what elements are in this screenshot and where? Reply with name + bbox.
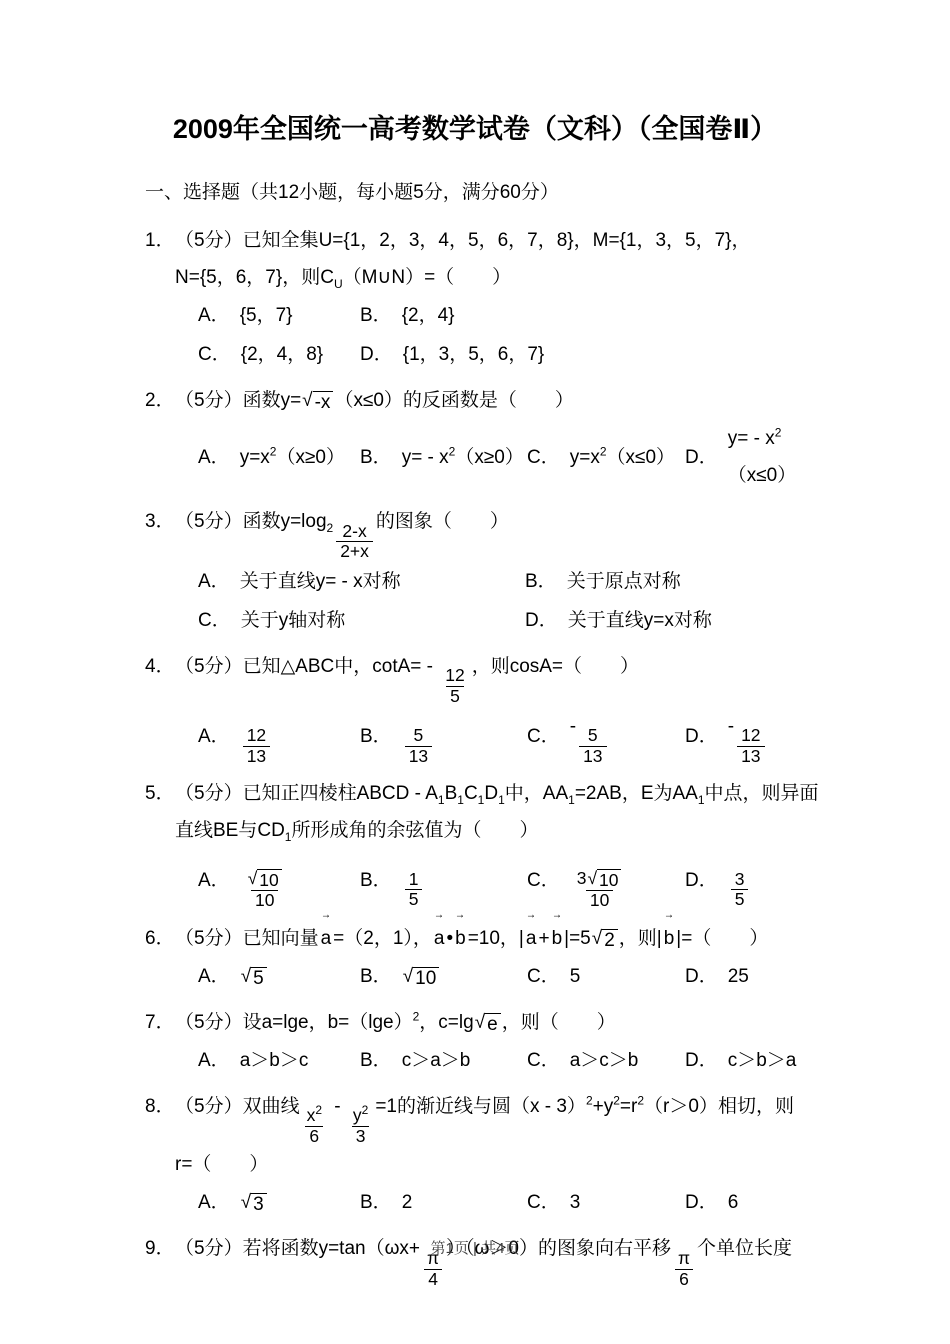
square-root: √10: [248, 869, 282, 890]
question-options: A．√1010B．15C．3√1010D．35: [175, 850, 830, 910]
stem-line: （5分）已知全集U={1，2，3，4，5，6，7，8}，M={1，3，5，7}，: [175, 222, 830, 259]
option-label: C．: [527, 1042, 560, 1079]
page-footer: 第1页 | 共4页: [0, 1237, 950, 1258]
vector-symbol: a: [321, 928, 332, 949]
radicand: -x: [313, 391, 334, 414]
option-label: C．: [527, 958, 560, 995]
radical-sign: √: [248, 869, 258, 887]
option-body: 35: [728, 851, 752, 910]
option-body: 关于直线y=x对称: [568, 602, 712, 639]
option-label: A．: [198, 862, 230, 899]
question-stem: （5分）已知向量→a=（2，1），→a•→b=10，|→a+→b|=5√2，则|…: [175, 920, 830, 957]
superscript: 2: [613, 1093, 620, 1107]
square-root: √10: [587, 869, 621, 890]
fraction-numerator: 3: [731, 870, 749, 890]
option-label: B．: [360, 297, 392, 334]
radicand: 2: [602, 929, 618, 952]
vector: →b: [664, 920, 675, 957]
option-body: 关于原点对称: [567, 563, 681, 600]
option-label: B．: [360, 1042, 392, 1079]
subscript: 1: [568, 793, 575, 807]
vector-arrow-icon: →: [526, 908, 536, 920]
option-body: y= - x2（x≥0）: [402, 439, 524, 476]
option-label: A．: [198, 958, 230, 995]
question-number: 7．: [145, 1004, 175, 1041]
square-root: √e: [475, 1013, 501, 1036]
option-body: 关于直线y= - x对称: [240, 563, 401, 600]
subscript: 1: [438, 793, 445, 807]
section-heading: 一、选择题（共12小题，每小题5分，满分60分）: [145, 180, 830, 206]
option-A: A．关于直线y= - x对称: [198, 563, 525, 600]
question-stem: （5分）已知△ABC中，cotA= - 125，则cosA=（ ）: [175, 648, 830, 707]
option-body: {5，7}: [240, 297, 293, 334]
fraction-numerator: 2-x: [338, 522, 370, 542]
option-B: B．√10: [360, 958, 527, 995]
question-number: 3．: [145, 503, 175, 540]
radicand: 5: [251, 967, 267, 990]
option-label: D．: [525, 602, 558, 639]
option-D: D．-1213: [685, 708, 830, 767]
exam-paper-page: 2009年全国统一高考数学试卷（文科）（全国卷Ⅱ） 一、选择题（共12小题，每小…: [0, 0, 950, 1344]
option-B: B．{2，4}: [360, 297, 830, 334]
option-label: A．: [198, 1042, 230, 1079]
radicand: 10: [413, 967, 439, 990]
option-body: 15: [402, 851, 426, 910]
stem-line: （5分）双曲线x26 - y23=1的渐近线与圆（x - 3）2+y2=r2（r…: [175, 1088, 830, 1147]
option-label: D．: [685, 958, 718, 995]
option-body: √5: [240, 958, 268, 995]
fraction-numerator: √10: [243, 869, 287, 890]
subscript: 1: [285, 830, 292, 844]
option-label: D．: [685, 862, 718, 899]
option-B: B．关于原点对称: [525, 563, 830, 600]
question-5: 5．（5分）已知正四棱柱ABCD - A1B1C1D1中，AA1=2AB，E为A…: [145, 775, 830, 910]
option-B: B．513: [360, 708, 527, 767]
fraction: 125: [441, 666, 468, 706]
radical-sign: √: [475, 1013, 485, 1033]
question-options: A．√5B．√10C．5D．25: [175, 958, 830, 995]
subscript: 1: [457, 793, 464, 807]
fraction-denominator: 10: [251, 890, 278, 911]
option-body: c＞b＞a: [728, 1042, 797, 1079]
fraction-numerator: 1: [405, 870, 423, 890]
superscript: 2: [600, 444, 607, 458]
question-options: A．a＞b＞cB．c＞a＞bC．a＞c＞bD．c＞b＞a: [175, 1042, 830, 1079]
option-body: 5: [570, 958, 581, 995]
option-C: C．关于y轴对称: [198, 602, 525, 639]
option-body: -513: [570, 708, 610, 767]
square-root: √5: [241, 967, 267, 990]
radical-sign: √: [302, 391, 312, 411]
fraction-denominator: 5: [405, 889, 423, 910]
fraction: 2-x2+x: [336, 522, 373, 562]
question-7: 7．（5分）设a=lge，b=（lge）2，c=lg√e，则（ ）A．a＞b＞c…: [145, 1004, 830, 1079]
option-body: -1213: [728, 708, 768, 767]
option-body: √10: [402, 958, 441, 995]
question-1: 1．（5分）已知全集U={1，2，3，4，5，6，7，8}，M={1，3，5，7…: [145, 222, 830, 373]
option-C: C．-513: [527, 708, 685, 767]
option-body: 1213: [240, 708, 273, 767]
option-label: A．: [198, 1184, 230, 1221]
vector-symbol: b: [552, 928, 563, 949]
option-label: D．: [685, 718, 718, 755]
vector: →b: [455, 920, 466, 957]
superscript: 2: [413, 1009, 420, 1023]
fraction-denominator: 13: [243, 746, 270, 767]
option-C: C．5: [527, 958, 685, 995]
radicand: 3: [251, 1193, 267, 1216]
question-number: 5．: [145, 775, 175, 812]
fraction-numerator: x2: [303, 1106, 326, 1126]
vector-arrow-icon: →: [321, 908, 331, 920]
superscript: 2: [362, 1103, 369, 1117]
stem-line: 直线BE与CD1所形成角的余弦值为（ ）: [175, 812, 830, 849]
stem-line: （5分）已知△ABC中，cotA= - 125，则cosA=（ ）: [175, 648, 830, 707]
superscript: 2: [586, 1093, 593, 1107]
vector-arrow-icon: →: [664, 908, 674, 920]
option-label: B．: [360, 439, 392, 476]
question-4: 4．（5分）已知△ABC中，cotA= - 125，则cosA=（ ）A．121…: [145, 648, 830, 767]
vector-symbol: b: [664, 928, 675, 949]
fraction: 15: [405, 870, 423, 910]
option-label: A．: [198, 439, 230, 476]
superscript: 2: [637, 1093, 644, 1107]
option-C: C．3√1010: [527, 850, 685, 910]
option-label: A．: [198, 297, 230, 334]
option-label: C．: [527, 439, 560, 476]
fraction-denominator: 3: [352, 1126, 370, 1147]
option-body: √1010: [240, 850, 290, 910]
question-stem: （5分）已知全集U={1，2，3，4，5，6，7，8}，M={1，3，5，7}，…: [175, 222, 830, 296]
fraction: x26: [303, 1106, 326, 1146]
vector: →a: [434, 920, 445, 957]
option-body: a＞c＞b: [570, 1042, 639, 1079]
fraction-numerator: 3√10: [573, 869, 627, 890]
question-number: 4．: [145, 648, 175, 685]
option-B: B．y= - x2（x≥0）: [360, 420, 527, 494]
option-B: B．2: [360, 1184, 527, 1221]
superscript: 2: [270, 444, 277, 458]
option-D: D．c＞b＞a: [685, 1042, 830, 1079]
option-C: C．3: [527, 1184, 685, 1221]
fraction: 35: [731, 870, 749, 910]
option-label: C．: [198, 336, 231, 373]
radicand: 10: [257, 869, 281, 890]
page-title: 2009年全国统一高考数学试卷（文科）（全国卷Ⅱ）: [40, 112, 910, 146]
fraction-numerator: 12: [243, 726, 270, 746]
question-number: 8．: [145, 1088, 175, 1125]
option-label: B．: [525, 563, 557, 600]
fraction: 513: [405, 726, 432, 766]
subscript: 2: [327, 521, 334, 535]
question-3: 3．（5分）函数y=log22-x2+x的图象（ ）A．关于直线y= - x对称…: [145, 503, 830, 639]
superscript: 2: [315, 1103, 322, 1117]
superscript: 2: [449, 444, 456, 458]
question-options: A．{5，7}B．{2，4}C．{2，4，8}D．{1，3，5，6，7}: [175, 297, 830, 373]
square-root: √-x: [302, 391, 333, 414]
question-8: 8．（5分）双曲线x26 - y23=1的渐近线与圆（x - 3）2+y2=r2…: [145, 1088, 830, 1222]
radical-sign: √: [587, 869, 597, 887]
square-root: √3: [241, 1193, 267, 1216]
option-body: y= - x2（x≤0）: [728, 420, 830, 494]
fraction-denominator: 5: [446, 686, 464, 707]
option-label: B．: [360, 718, 392, 755]
radicand: 10: [597, 869, 621, 890]
question-options: A．√3B．2C．3D．6: [175, 1184, 830, 1221]
fraction: 3√1010: [573, 869, 627, 911]
option-label: C．: [527, 862, 560, 899]
vector-symbol: b: [455, 928, 466, 949]
stem-line: （5分）函数y=√-x（x≤0）的反函数是（ ）: [175, 382, 830, 419]
fraction: √1010: [243, 869, 287, 911]
question-number: 2．: [145, 382, 175, 419]
option-C: C．{2，4，8}: [198, 336, 360, 373]
radical-sign: √: [241, 967, 251, 987]
fraction-denominator: 13: [737, 746, 764, 767]
square-root: √2: [592, 929, 618, 952]
option-body: 513: [402, 708, 435, 767]
question-options: A．关于直线y= - x对称B．关于原点对称C．关于y轴对称D．关于直线y=x对…: [175, 563, 830, 639]
option-label: D．: [685, 1042, 718, 1079]
question-stem: （5分）双曲线x26 - y23=1的渐近线与圆（x - 3）2+y2=r2（r…: [175, 1088, 830, 1184]
option-D: D．6: [685, 1184, 830, 1221]
fraction-numerator: y2: [349, 1106, 372, 1126]
question-number: 1．: [145, 222, 175, 259]
subscript: 1: [698, 793, 705, 807]
question-options: A．1213B．513C．-513D．-1213: [175, 708, 830, 767]
option-label: D．: [685, 439, 718, 476]
stem-line: （5分）已知向量→a=（2，1），→a•→b=10，|→a+→b|=5√2，则|…: [175, 920, 830, 957]
fraction-denominator: 10: [586, 890, 613, 911]
vector-arrow-icon: →: [434, 908, 444, 920]
vector: →a: [526, 920, 537, 957]
option-B: B．c＞a＞b: [360, 1042, 527, 1079]
question-2: 2．（5分）函数y=√-x（x≤0）的反函数是（ ）A．y=x2（x≥0）B．y…: [145, 382, 830, 494]
option-D: D．35: [685, 850, 830, 910]
option-label: C．: [198, 602, 231, 639]
stem-line: N={5，6，7}，则CU（M∪N）=（ ）: [175, 259, 830, 296]
fraction: y23: [349, 1106, 372, 1146]
option-label: A．: [198, 563, 230, 600]
fraction-numerator: 5: [584, 726, 602, 746]
fraction-numerator: 12: [737, 726, 764, 746]
option-D: D．关于直线y=x对称: [525, 602, 830, 639]
subscript: 1: [478, 793, 485, 807]
option-body: {2，4，8}: [241, 336, 323, 373]
option-label: B．: [360, 862, 392, 899]
radicand: e: [485, 1013, 501, 1036]
fraction-denominator: 5: [731, 889, 749, 910]
option-body: 3√1010: [570, 850, 630, 910]
question-stem: （5分）函数y=√-x（x≤0）的反函数是（ ）: [175, 382, 830, 419]
subscript: U: [334, 277, 343, 291]
option-body: 25: [728, 958, 749, 995]
square-root: √10: [403, 967, 440, 990]
option-A: A．1213: [198, 708, 360, 767]
question-6: 6．（5分）已知向量→a=（2，1），→a•→b=10，|→a+→b|=5√2，…: [145, 920, 830, 995]
stem-line: （5分）函数y=log22-x2+x的图象（ ）: [175, 503, 830, 562]
option-label: B．: [360, 958, 392, 995]
option-C: C．a＞c＞b: [527, 1042, 685, 1079]
option-A: A．y=x2（x≥0）: [198, 420, 360, 494]
option-body: {1，3，5，6，7}: [403, 336, 545, 373]
fraction-numerator: 12: [441, 666, 468, 686]
option-body: 关于y轴对称: [241, 602, 346, 639]
questions-list: 1．（5分）已知全集U={1，2，3，4，5，6，7，8}，M={1，3，5，7…: [145, 222, 830, 1289]
stem-line: r=（ ）: [175, 1146, 830, 1183]
stem-line: （5分）设a=lge，b=（lge）2，c=lg√e，则（ ）: [175, 1004, 830, 1041]
fraction: 1213: [243, 726, 270, 766]
vector-symbol: a: [434, 928, 445, 949]
fraction-denominator: 13: [579, 746, 606, 767]
option-D: D．{1，3，5，6，7}: [360, 336, 830, 373]
question-stem: （5分）函数y=log22-x2+x的图象（ ）: [175, 503, 830, 562]
option-B: B．15: [360, 850, 527, 910]
question-stem: （5分）设a=lge，b=（lge）2，c=lg√e，则（ ）: [175, 1004, 830, 1041]
option-body: 3: [570, 1184, 581, 1221]
radical-sign: √: [241, 1193, 251, 1213]
option-label: B．: [360, 1184, 392, 1221]
vector: →b: [552, 920, 563, 957]
option-D: D．y= - x2（x≤0）: [685, 420, 830, 494]
option-body: y=x2（x≥0）: [240, 439, 345, 476]
fraction-denominator: 6: [305, 1126, 323, 1147]
option-body: √3: [240, 1184, 268, 1221]
fraction-denominator: 4: [424, 1269, 442, 1290]
fraction-numerator: 5: [410, 726, 428, 746]
vector-symbol: a: [526, 928, 537, 949]
option-C: C．y=x2（x≤0）: [527, 420, 685, 494]
option-A: A．√5: [198, 958, 360, 995]
vector-arrow-icon: →: [455, 908, 465, 920]
option-A: A．a＞b＞c: [198, 1042, 360, 1079]
superscript: 2: [775, 426, 782, 440]
option-label: C．: [527, 718, 560, 755]
stem-line: （5分）已知正四棱柱ABCD - A1B1C1D1中，AA1=2AB，E为AA1…: [175, 775, 830, 812]
option-A: A．√1010: [198, 850, 360, 910]
option-body: y=x2（x≤0）: [570, 439, 675, 476]
vector-arrow-icon: →: [552, 908, 562, 920]
radical-sign: √: [592, 929, 602, 949]
fraction-denominator: 6: [675, 1269, 693, 1290]
option-D: D．25: [685, 958, 830, 995]
option-label: C．: [527, 1184, 560, 1221]
question-stem: （5分）已知正四棱柱ABCD - A1B1C1D1中，AA1=2AB，E为AA1…: [175, 775, 830, 849]
radical-sign: √: [403, 967, 413, 987]
option-label: D．: [685, 1184, 718, 1221]
option-A: A．√3: [198, 1184, 360, 1221]
question-number: 6．: [145, 920, 175, 957]
option-body: a＞b＞c: [240, 1042, 309, 1079]
option-body: 2: [402, 1184, 413, 1221]
fraction: 513: [579, 726, 606, 766]
option-label: A．: [198, 718, 230, 755]
option-body: 6: [728, 1184, 739, 1221]
option-A: A．{5，7}: [198, 297, 360, 334]
subscript: 1: [498, 793, 505, 807]
fraction-denominator: 13: [405, 746, 432, 767]
option-body: {2，4}: [402, 297, 455, 334]
fraction: 1213: [737, 726, 764, 766]
option-body: c＞a＞b: [402, 1042, 471, 1079]
vector: →a: [321, 920, 332, 957]
option-label: D．: [360, 336, 393, 373]
question-options: A．y=x2（x≥0）B．y= - x2（x≥0）C．y=x2（x≤0）D．y=…: [175, 420, 830, 494]
fraction-denominator: 2+x: [336, 541, 373, 562]
